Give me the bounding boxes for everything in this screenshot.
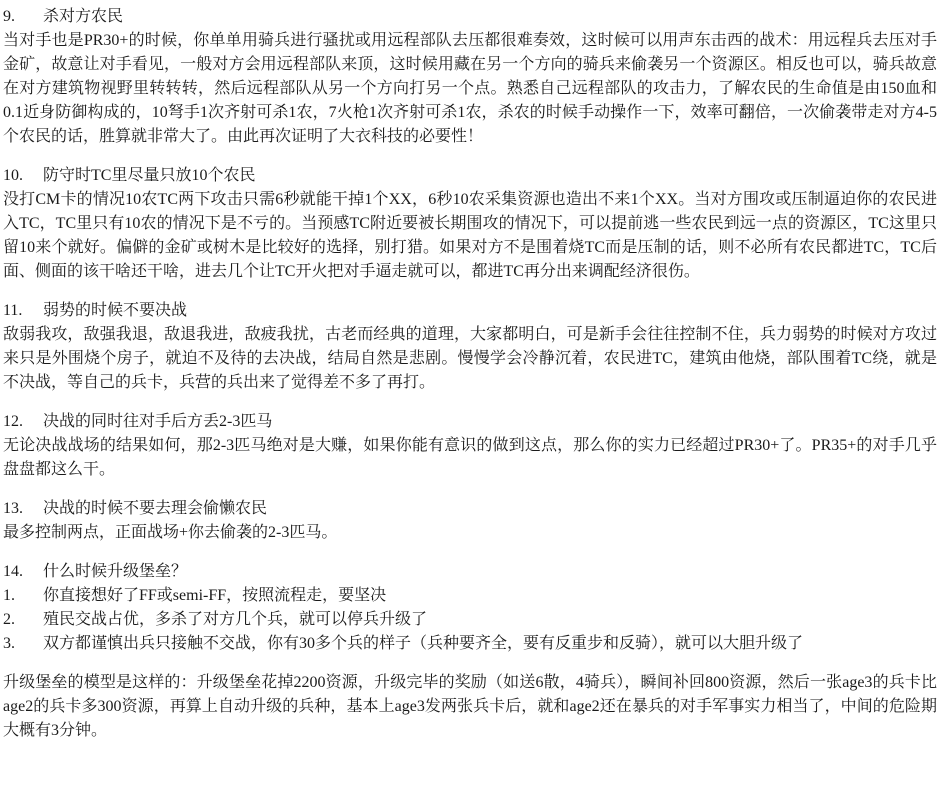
- item-2-number: 2.: [3, 608, 43, 632]
- section-13-number: 13.: [3, 497, 43, 521]
- section-12-title: 决战的同时往对手后方丢2-3匹马: [43, 410, 937, 434]
- section-10-number: 10.: [3, 164, 43, 188]
- closing-upgrade-model-paragraph: 升级堡垒的模型是这样的：升级堡垒花掉2200资源，升级完毕的奖励（如送6散，4骑…: [3, 671, 937, 743]
- section-13-body: 最多控制两点，正面战场+你去偷袭的2-3匹马。: [3, 521, 937, 545]
- section-9-title: 杀对方农民: [43, 5, 937, 29]
- section-13-heading: 13. 决战的时候不要去理会偷懒农民: [3, 497, 937, 521]
- item-3-number: 3.: [3, 632, 43, 656]
- section-12-number: 12.: [3, 410, 43, 434]
- section-11-heading: 11. 弱势的时候不要决战: [3, 299, 937, 323]
- item-1-text: 你直接想好了FF或semi-FF，按照流程走，要坚决: [43, 584, 937, 608]
- section-14-item-1: 1. 你直接想好了FF或semi-FF，按照流程走，要坚决: [3, 584, 937, 608]
- section-10-body: 没打CM卡的情况10农TC两下攻击只需6秒就能干掉1个XX，6秒10农采集资源也…: [3, 188, 937, 284]
- section-11-avoid-decisive-battle: 11. 弱势的时候不要决战 敌弱我攻，敌强我退，敌退我进，敌疲我扰，古老而经典的…: [3, 299, 937, 395]
- section-11-title: 弱势的时候不要决战: [43, 299, 937, 323]
- section-14-title: 什么时候升级堡垒？: [43, 560, 937, 584]
- section-11-body: 敌弱我攻，敌强我退，敌退我进，敌疲我扰，古老而经典的道理，大家都明白，可是新手会…: [3, 323, 937, 395]
- section-13-ignore-idle-villagers: 13. 决战的时候不要去理会偷懒农民 最多控制两点，正面战场+你去偷袭的2-3匹…: [3, 497, 937, 545]
- section-9-number: 9.: [3, 5, 43, 29]
- section-14-item-2: 2. 殖民交战占优，多杀了对方几个兵，就可以停兵升级了: [3, 608, 937, 632]
- section-9-kill-enemy-villagers: 9. 杀对方农民 当对手也是PR30+的时候，你单单用骑兵进行骚扰或用远程部队去…: [3, 5, 937, 149]
- section-14-when-to-upgrade-fortress: 14. 什么时候升级堡垒？ 1. 你直接想好了FF或semi-FF，按照流程走，…: [3, 560, 937, 656]
- section-10-title: 防守时TC里尽量只放10个农民: [43, 164, 937, 188]
- section-12-body: 无论决战战场的结果如何，那2-3匹马绝对是大赚，如果你能有意识的做到这点，那么你…: [3, 434, 937, 482]
- section-14-heading: 14. 什么时候升级堡垒？: [3, 560, 937, 584]
- section-10-heading: 10. 防守时TC里尽量只放10个农民: [3, 164, 937, 188]
- item-3-text: 双方都谨慎出兵只接触不交战，你有30多个兵的样子（兵种要齐全，要有反重步和反骑）…: [43, 632, 937, 656]
- section-10-tc-defense: 10. 防守时TC里尽量只放10个农民 没打CM卡的情况10农TC两下攻击只需6…: [3, 164, 937, 284]
- section-14-item-3: 3. 双方都谨慎出兵只接触不交战，你有30多个兵的样子（兵种要齐全，要有反重步和…: [3, 632, 937, 656]
- closing-body: 升级堡垒的模型是这样的：升级堡垒花掉2200资源，升级完毕的奖励（如送6散，4骑…: [3, 671, 937, 743]
- section-14-number: 14.: [3, 560, 43, 584]
- section-12-raid-cavalry: 12. 决战的同时往对手后方丢2-3匹马 无论决战战场的结果如何，那2-3匹马绝…: [3, 410, 937, 482]
- section-12-heading: 12. 决战的同时往对手后方丢2-3匹马: [3, 410, 937, 434]
- strategy-guide-document: 9. 杀对方农民 当对手也是PR30+的时候，你单单用骑兵进行骚扰或用远程部队去…: [0, 0, 942, 743]
- item-2-text: 殖民交战占优，多杀了对方几个兵，就可以停兵升级了: [43, 608, 937, 632]
- section-11-number: 11.: [3, 299, 43, 323]
- item-1-number: 1.: [3, 584, 43, 608]
- section-13-title: 决战的时候不要去理会偷懒农民: [43, 497, 937, 521]
- section-9-heading: 9. 杀对方农民: [3, 5, 937, 29]
- section-9-body: 当对手也是PR30+的时候，你单单用骑兵进行骚扰或用远程部队去压都很难奏效，这时…: [3, 29, 937, 149]
